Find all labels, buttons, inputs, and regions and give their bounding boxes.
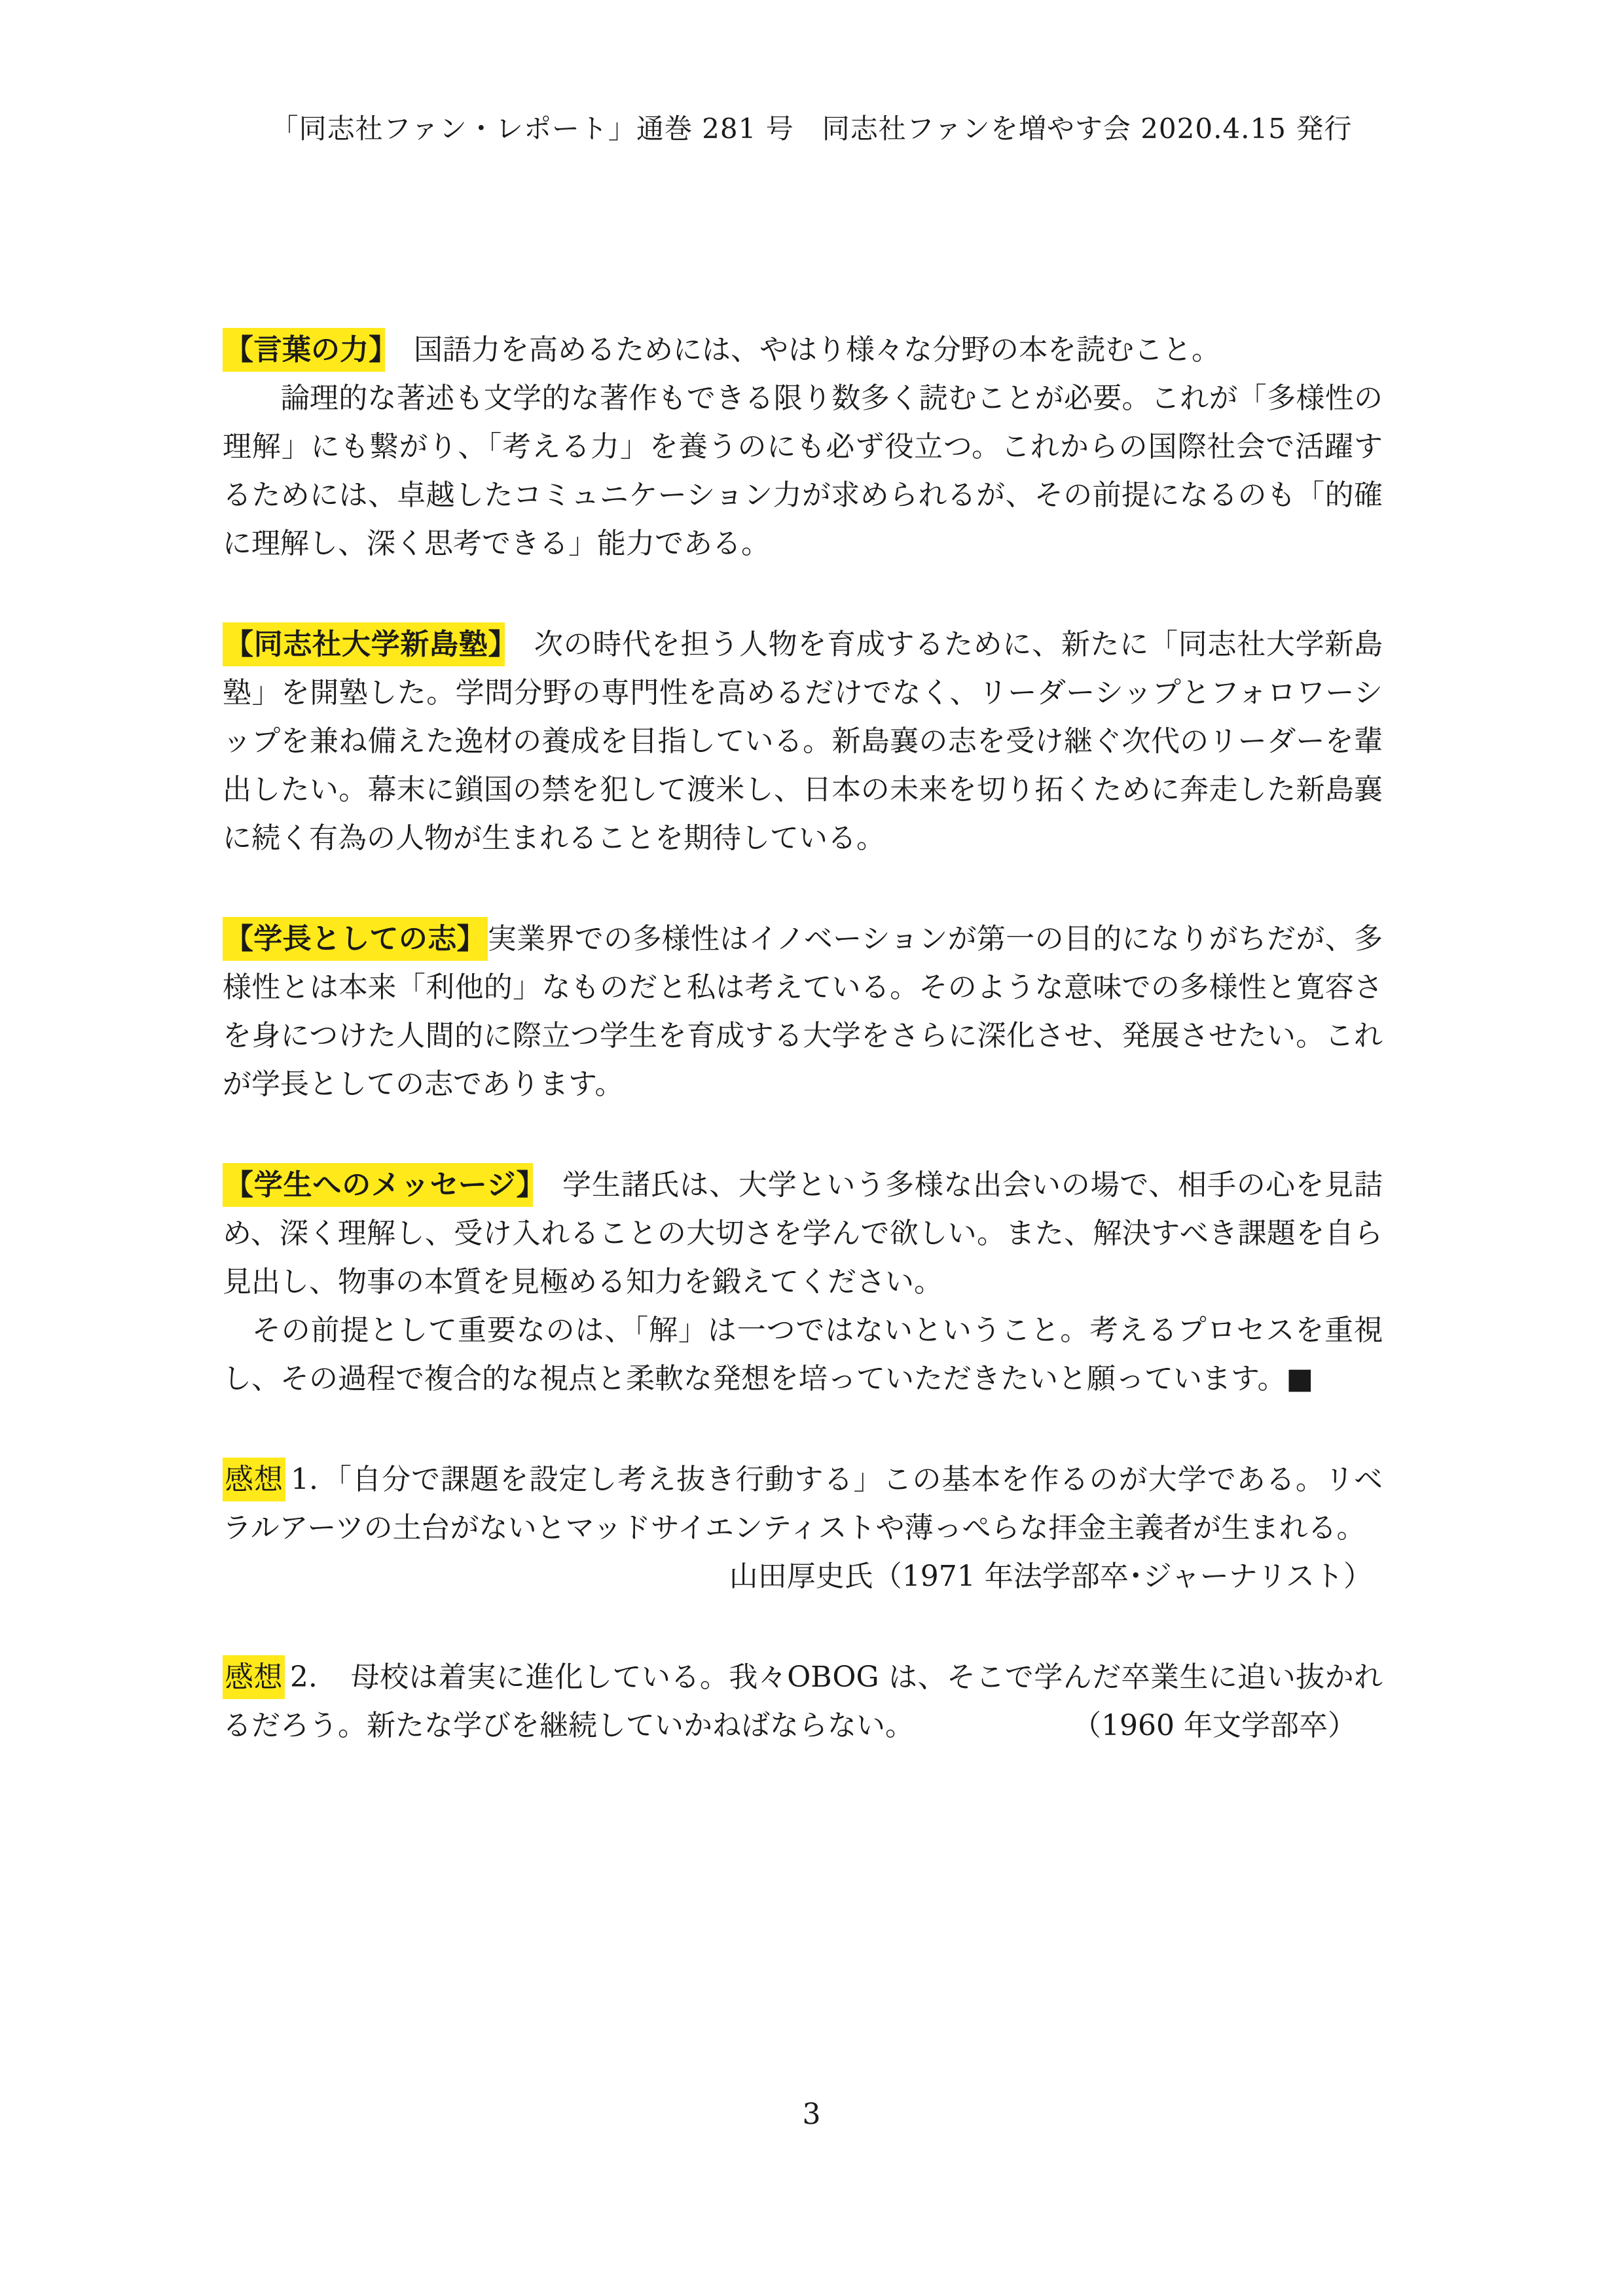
kanso-body-text: 「自分で課題を設定し考え抜き行動する」この基本を作るのが大学である。リベラルアー… bbox=[223, 1463, 1383, 1545]
document-header: 「同志社ファン・レポート」通巻 281 号 同志社ファンを増やす会 2020.4… bbox=[0, 0, 1623, 145]
section-kanso-1: 感想1.「自分で課題を設定し考え抜き行動する」この基本を作るのが大学である。リベ… bbox=[223, 1456, 1383, 1601]
kanso-number: 1. bbox=[285, 1463, 322, 1496]
section-paragraph: その前提として重要なのは、「解」は一つではないということ。考えるプロセスを重視し… bbox=[223, 1306, 1383, 1403]
section-heading-highlight: 【言葉の力】 bbox=[223, 328, 385, 372]
document-page: 「同志社ファン・レポート」通巻 281 号 同志社ファンを増やす会 2020.4… bbox=[0, 0, 1623, 2296]
section-kotoba-no-chikara: 【言葉の力】 国語力を高めるためには、やはり様々な分野の本を読むこと。 論理的な… bbox=[223, 326, 1383, 568]
document-body: 【言葉の力】 国語力を高めるためには、やはり様々な分野の本を読むこと。 論理的な… bbox=[223, 326, 1383, 1750]
section-niijima-juku: 【同志社大学新島塾】 次の時代を担う人物を育成するために、新たに「同志社大学新島… bbox=[223, 620, 1383, 863]
kanso-attribution: （1960 年文学部卒） bbox=[1072, 1702, 1357, 1750]
section-heading-highlight: 【学長としての志】 bbox=[223, 917, 488, 961]
section-paragraph: 【学生へのメッセージ】 学生諸氏は、大学という多様な出会いの場で、相手の心を見詰… bbox=[223, 1161, 1383, 1306]
page-footer: 3 bbox=[0, 2098, 1623, 2131]
section-lead-paragraph: 【言葉の力】 国語力を高めるためには、やはり様々な分野の本を読むこと。 bbox=[223, 326, 1383, 374]
section-paragraph: 【同志社大学新島塾】 次の時代を担う人物を育成するために、新たに「同志社大学新島… bbox=[223, 620, 1383, 863]
section-kanso-2: 感想2. 母校は着実に進化している。我々OBOG は、そこで学んだ卒業生に追い抜… bbox=[223, 1653, 1383, 1750]
kanso-paragraph: 感想2. 母校は着実に進化している。我々OBOG は、そこで学んだ卒業生に追い抜… bbox=[223, 1653, 1383, 1750]
section-paragraph: 【学長としての志】実業界での多様性はイノベーションが第一の目的になりがちだが、多… bbox=[223, 915, 1383, 1109]
section-heading-highlight: 【学生へのメッセージ】 bbox=[223, 1163, 533, 1207]
section-message-to-students: 【学生へのメッセージ】 学生諸氏は、大学という多様な出会いの場で、相手の心を見詰… bbox=[223, 1161, 1383, 1403]
section-heading-highlight: 【同志社大学新島塾】 bbox=[223, 622, 505, 666]
kanso-attribution: 山田厚史氏（1971 年法学部卒･ジャーナリスト） bbox=[223, 1552, 1383, 1601]
kanso-number: 2. bbox=[285, 1660, 321, 1694]
header-title: 「同志社ファン・レポート」通巻 281 号 同志社ファンを増やす会 2020.4… bbox=[271, 113, 1353, 145]
page-number: 3 bbox=[803, 2098, 821, 2131]
kanso-label-highlight: 感想 bbox=[223, 1655, 285, 1699]
kanso-label-highlight: 感想 bbox=[223, 1458, 285, 1501]
section-lead-text: 国語力を高めるためには、やはり様々な分野の本を読むこと。 bbox=[385, 333, 1220, 367]
section-gakucho-kokorozashi: 【学長としての志】実業界での多様性はイノベーションが第一の目的になりがちだが、多… bbox=[223, 915, 1383, 1109]
kanso-paragraph: 感想1.「自分で課題を設定し考え抜き行動する」この基本を作るのが大学である。リベ… bbox=[223, 1456, 1383, 1552]
section-paragraph: 論理的な著述も文学的な著作もできる限り数多く読むことが必要。これが「多様性の理解… bbox=[223, 374, 1383, 568]
